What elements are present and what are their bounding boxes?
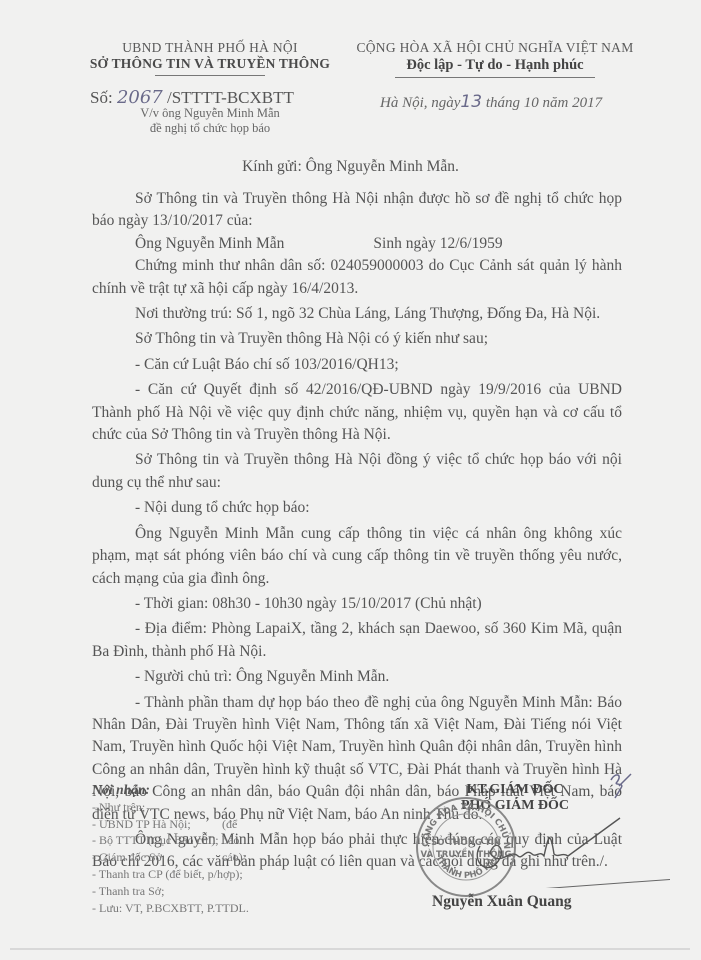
time-line: - Thời gian: 08h30 - 10h30 ngày 15/10/20… xyxy=(92,593,622,615)
applicant-name: Ông Nguyễn Minh Mẫn xyxy=(135,235,284,252)
national-header-block: CỘNG HÒA XÃ HỘI CHỦ NGHĨA VIỆT NAM Độc l… xyxy=(345,40,645,78)
document-number: Số: 2067 /STTTT-BCXBTT xyxy=(90,87,294,108)
subject-block: V/v ông Nguyễn Minh Mẫn đề nghị tổ chức … xyxy=(60,106,360,136)
date-suffix: tháng 10 năm 2017 xyxy=(486,95,602,111)
id-card-paragraph: Chứng minh thư nhân dân số: 024059000003… xyxy=(92,255,622,300)
salutation: Kính gửi: Ông Nguyễn Minh Mẫn. xyxy=(0,158,701,176)
recipient-item: - Thanh tra CP (để biết, p/hợp); xyxy=(92,866,249,883)
letter-body: Sở Thông tin và Truyền thông Hà Nội nhận… xyxy=(92,188,622,874)
handwritten-number: 2067 xyxy=(117,87,163,108)
basis-1: - Căn cứ Luật Báo chí số 103/2016/QH13; xyxy=(92,354,622,376)
recipient-item: - UBND TP Hà Nội;(để xyxy=(92,816,249,833)
applicant-line: Ông Nguyễn Minh MẫnSinh ngày 12/6/1959 xyxy=(92,233,622,255)
recipients-block: Nơi nhận: - Như trên; - UBND TP Hà Nội;(… xyxy=(92,782,249,916)
handwritten-day: 13 xyxy=(460,92,482,112)
issuing-authority-block: UBND THÀNH PHỐ HÀ NỘI SỞ THÔNG TIN VÀ TR… xyxy=(60,40,360,76)
signer-name: Nguyễn Xuân Quang xyxy=(432,893,572,911)
recipients-title: Nơi nhận: xyxy=(92,782,249,799)
national-motto: Độc lập - Tự do - Hạnh phúc xyxy=(345,56,645,74)
national-title: CỘNG HÒA XÃ HỘI CHỦ NGHĨA VIỆT NAM xyxy=(345,40,645,56)
number-suffix: /STTTT-BCXBTT xyxy=(167,88,294,107)
recipient-item: - Lưu: VT, P.BCXBTT, P.TTDL. xyxy=(92,900,249,917)
recipient-item: - Giám đốc Sởcáo) xyxy=(92,849,249,866)
date-prefix: Hà Nội, ngày xyxy=(380,95,460,111)
residence-paragraph: Nơi thường trú: Số 1, ngõ 32 Chùa Láng, … xyxy=(92,303,622,325)
authority-line1: UBND THÀNH PHỐ HÀ NỘI xyxy=(60,40,360,56)
recipient-item: - Như trên; xyxy=(92,799,249,816)
agreement-paragraph: Sở Thông tin và Truyền thông Hà Nội đồng… xyxy=(92,449,622,494)
subject-line2: đề nghị tổ chức họp báo xyxy=(60,121,360,136)
handwritten-signature-icon xyxy=(470,808,670,888)
basis-2: - Căn cứ Quyết định số 42/2016/QĐ-UBND n… xyxy=(92,379,622,446)
content-label: - Nội dung tổ chức họp báo: xyxy=(92,497,622,519)
applicant-birth: Sinh ngày 12/6/1959 xyxy=(330,233,502,255)
opinion-intro: Sở Thông tin và Truyền thông Hà Nội có ý… xyxy=(92,328,622,350)
number-prefix: Số: xyxy=(90,88,113,107)
content-paragraph: Ông Nguyễn Minh Mẫn cung cấp thông tin v… xyxy=(92,523,622,590)
host-line: - Người chủ trì: Ông Nguyễn Minh Mẫn. xyxy=(92,666,622,688)
motto-underline xyxy=(395,77,595,78)
subject-line1: V/v ông Nguyễn Minh Mẫn xyxy=(60,106,360,121)
intro-paragraph: Sở Thông tin và Truyền thông Hà Nội nhận… xyxy=(92,188,622,233)
recipient-item: - Thanh tra Sở; xyxy=(92,883,249,900)
recipient-item: - Bộ TTTT (Cục Báo chí);báo xyxy=(92,832,249,849)
authority-line2: SỞ THÔNG TIN VÀ TRUYỀN THÔNG xyxy=(60,56,360,72)
document-date: Hà Nội, ngày13 tháng 10 năm 2017 xyxy=(380,92,602,112)
page-edge-divider xyxy=(10,948,690,950)
authority-underline xyxy=(155,75,265,76)
location-paragraph: - Địa điểm: Phòng LapaiX, tầng 2, khách … xyxy=(92,618,622,663)
